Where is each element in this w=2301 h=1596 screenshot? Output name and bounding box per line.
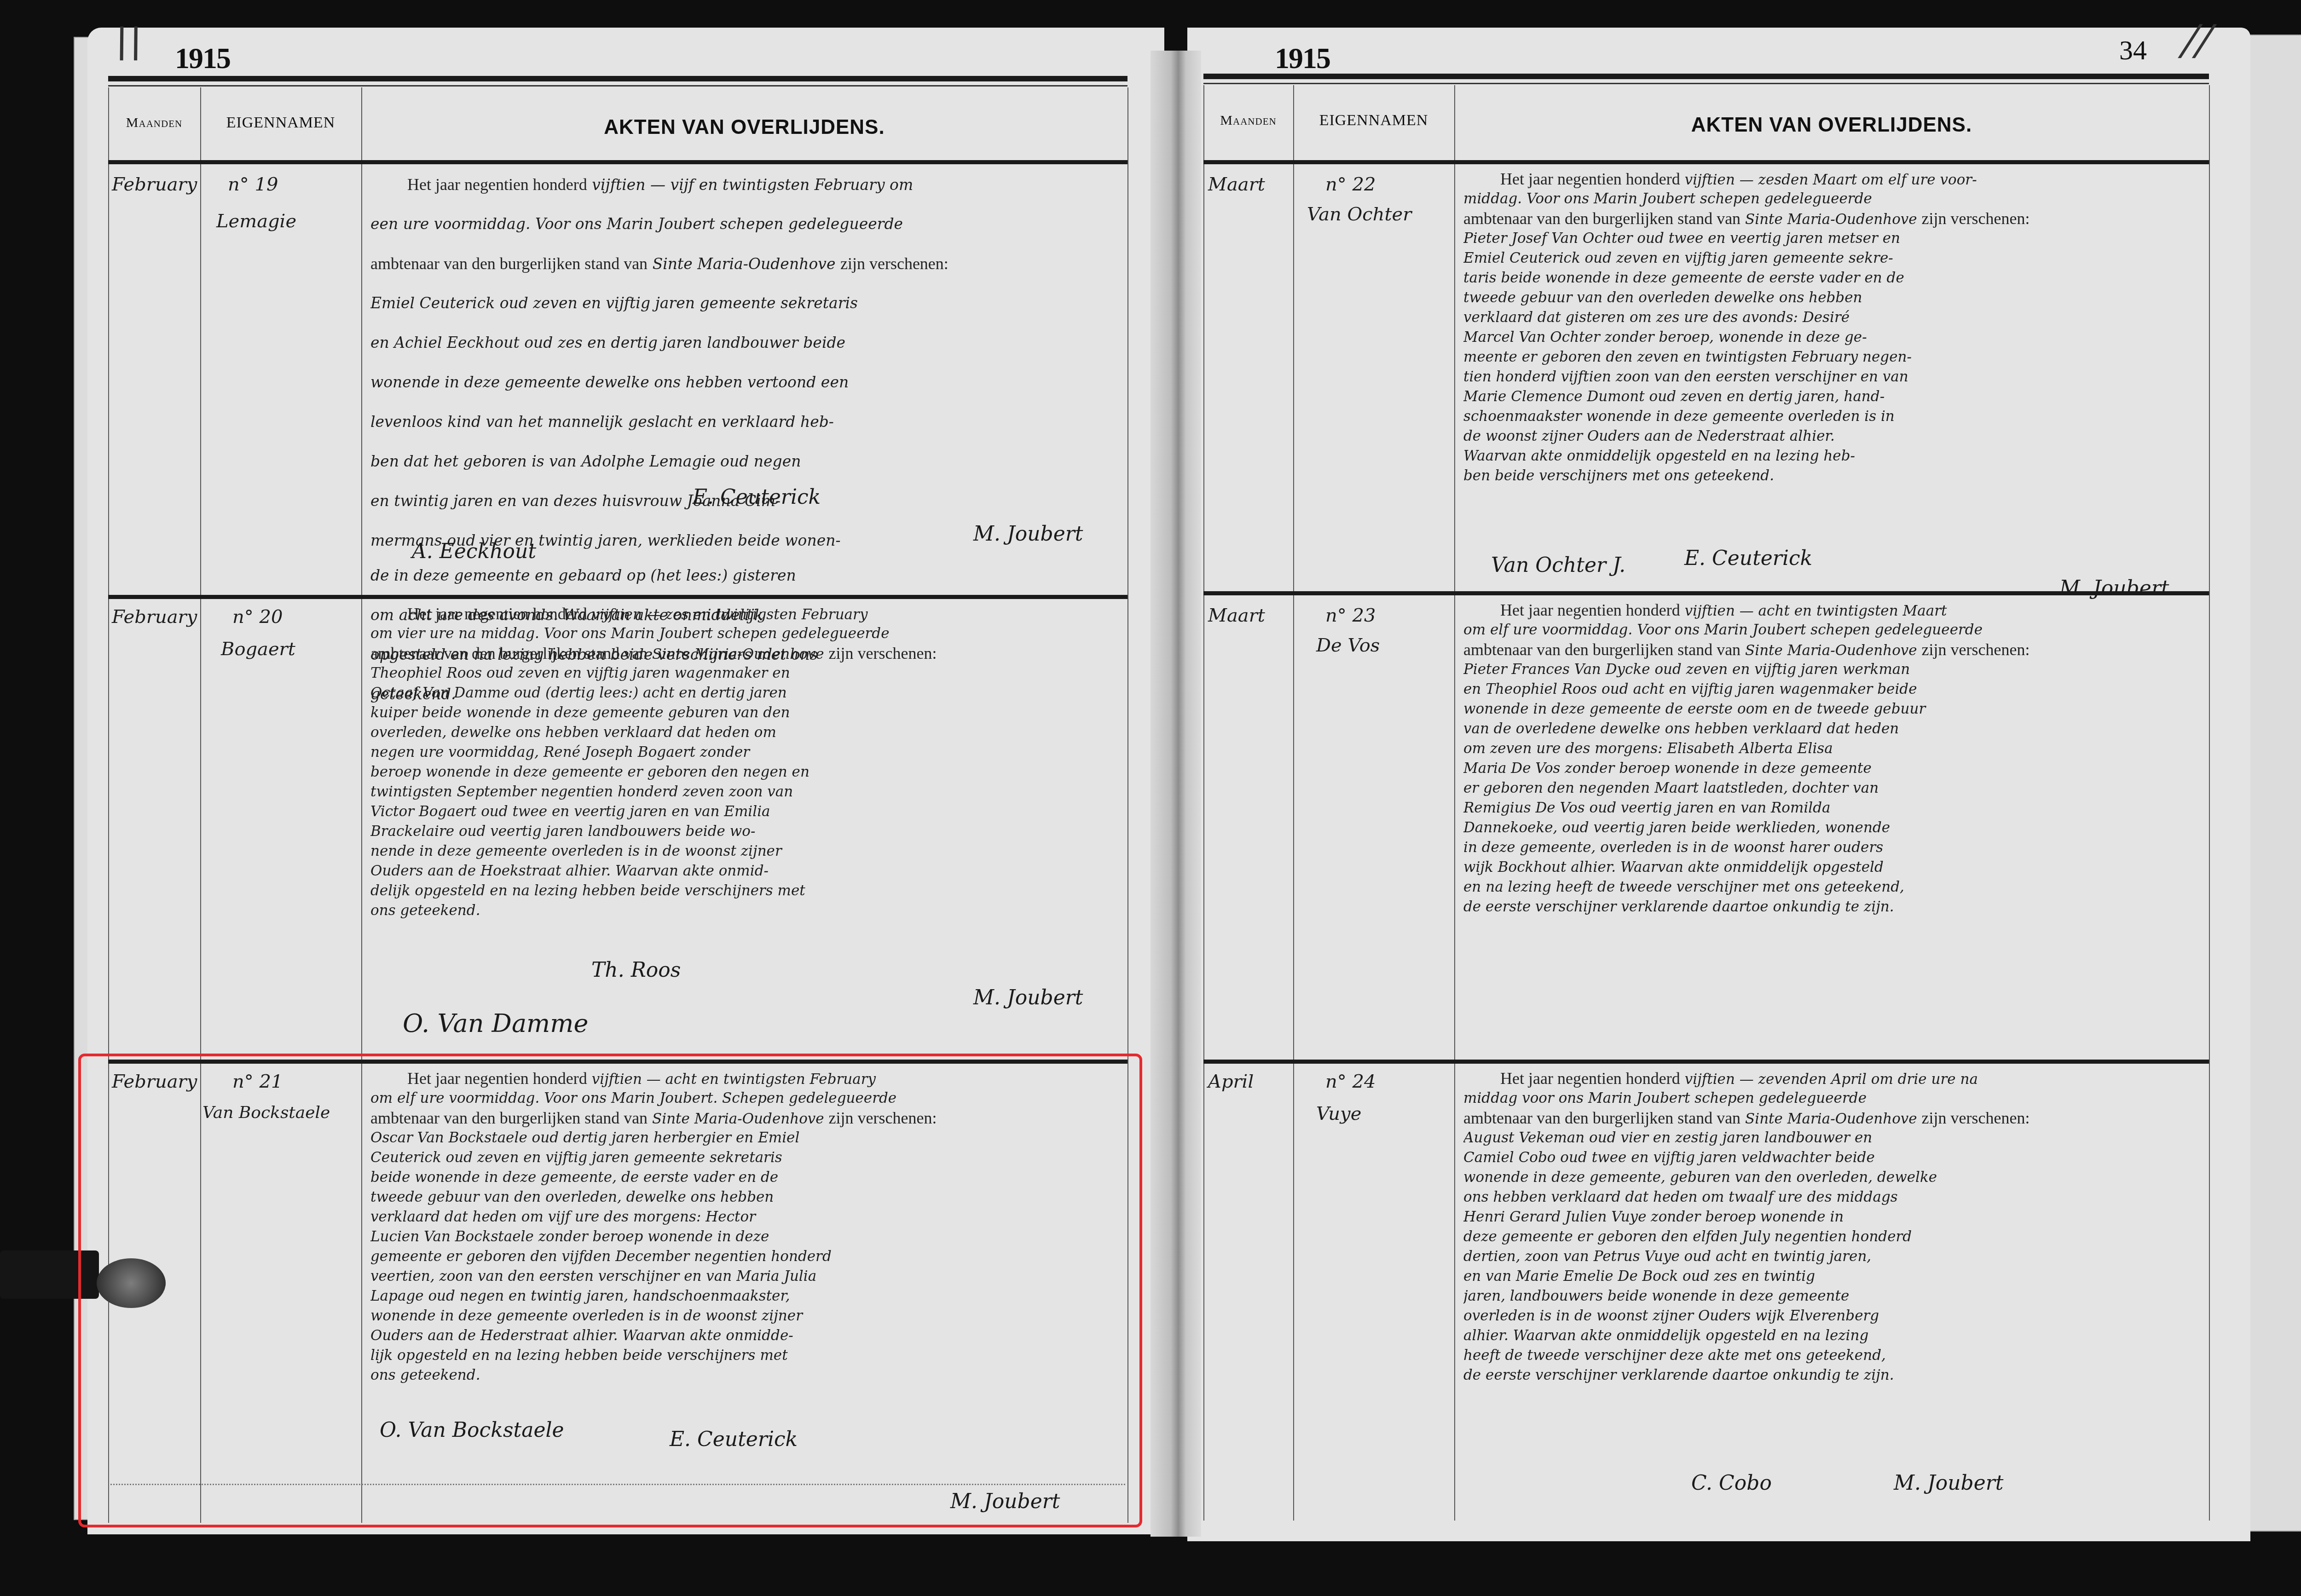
entry-month: February xyxy=(112,1071,197,1092)
signature: E. Ceuterick xyxy=(1684,547,1812,570)
entry-number: n° 21 xyxy=(232,1071,283,1092)
entry-month: February xyxy=(112,606,197,628)
entry-month: February xyxy=(112,174,197,195)
signature: E. Ceuterick xyxy=(693,485,821,509)
entry-surname: Van Bockstaele xyxy=(202,1103,330,1122)
entry-surname: Vuye xyxy=(1316,1103,1361,1124)
entry-surname: Lemagie xyxy=(216,211,296,232)
right-page-year: 1915 xyxy=(1275,41,1330,75)
register-entry-21: February n° 21 Van Bockstaele Het jaar n… xyxy=(108,1060,1127,1522)
signature: C. Cobo xyxy=(1691,1471,1772,1495)
entry-text: Het jaar negentien honderd vijftien — ac… xyxy=(1463,600,2204,917)
header-maanden: Maanden xyxy=(108,115,200,131)
signature: M. Joubert xyxy=(973,986,1083,1009)
signature: E. Ceuterick xyxy=(670,1428,798,1451)
left-page-year: 1915 xyxy=(175,41,230,75)
entry-month: Maart xyxy=(1208,605,1265,626)
signature: M. Joubert xyxy=(1894,1471,2003,1495)
register-entry-20: February n° 20 Bogaert Het jaar negentie… xyxy=(108,595,1127,1057)
thumb xyxy=(97,1258,166,1308)
table-header: Maanden EIGENNAMEN AKTEN VAN OVERLIJDENS… xyxy=(1203,85,2209,156)
signature: M. Joubert xyxy=(973,522,1083,546)
right-register-table: Maanden EIGENNAMEN AKTEN VAN OVERLIJDENS… xyxy=(1203,74,2209,1523)
header-eigennamen: EIGENNAMEN xyxy=(200,114,361,132)
table-header: Maanden EIGENNAMEN AKTEN VAN OVERLIJDENS… xyxy=(108,87,1127,159)
entry-number: n° 19 xyxy=(228,174,278,195)
entry-surname: Bogaert xyxy=(221,639,295,660)
signature: O. Van Damme xyxy=(403,1009,588,1038)
entry-text: Het jaar negentien honderd vijftien — ze… xyxy=(1463,169,2204,486)
signature: O. Van Bockstaele xyxy=(380,1418,564,1442)
book-spine xyxy=(1150,51,1201,1537)
entry-text: Het jaar negentien honderd vijftien — ze… xyxy=(1463,1069,2204,1385)
left-register-table: Maanden EIGENNAMEN AKTEN VAN OVERLIJDENS… xyxy=(108,76,1127,1523)
header-akten-van-overlijdens: AKTEN VAN OVERLIJDENS. xyxy=(1454,114,2209,137)
entry-number: n° 23 xyxy=(1325,605,1376,626)
entry-month: Maart xyxy=(1208,174,1265,195)
entry-number: n° 20 xyxy=(232,606,283,628)
entry-text: Het jaar negentien honderd vijftien — ac… xyxy=(370,1069,1121,1385)
entry-text: Het jaar negentien honderd vijftien — ze… xyxy=(370,604,1121,921)
entry-number: n° 24 xyxy=(1325,1071,1376,1092)
register-entry-24: April n° 24 Vuye Het jaar negentien hond… xyxy=(1203,1060,2209,1522)
header-maanden: Maanden xyxy=(1203,113,1293,128)
page-number: 34 xyxy=(2119,35,2147,66)
thumb-sleeve xyxy=(0,1250,99,1299)
entry-number: n° 22 xyxy=(1325,174,1376,195)
entry-month: April xyxy=(1208,1071,1254,1092)
header-akten-van-overlijdens: AKTEN VAN OVERLIJDENS. xyxy=(361,116,1127,139)
register-entry-23: Maart n° 23 De Vos Het jaar negentien ho… xyxy=(1203,591,2209,1056)
signature: Van Ochter J. xyxy=(1491,553,1625,577)
entry-surname: Van Ochter xyxy=(1307,204,1411,225)
header-eigennamen: EIGENNAMEN xyxy=(1293,112,1454,129)
signature: Th. Roos xyxy=(591,958,681,982)
entry-surname: De Vos xyxy=(1316,635,1380,656)
register-entry-22: Maart n° 22 Van Ochter Het jaar negentie… xyxy=(1203,160,2209,662)
signature: M. Joubert xyxy=(950,1490,1060,1513)
